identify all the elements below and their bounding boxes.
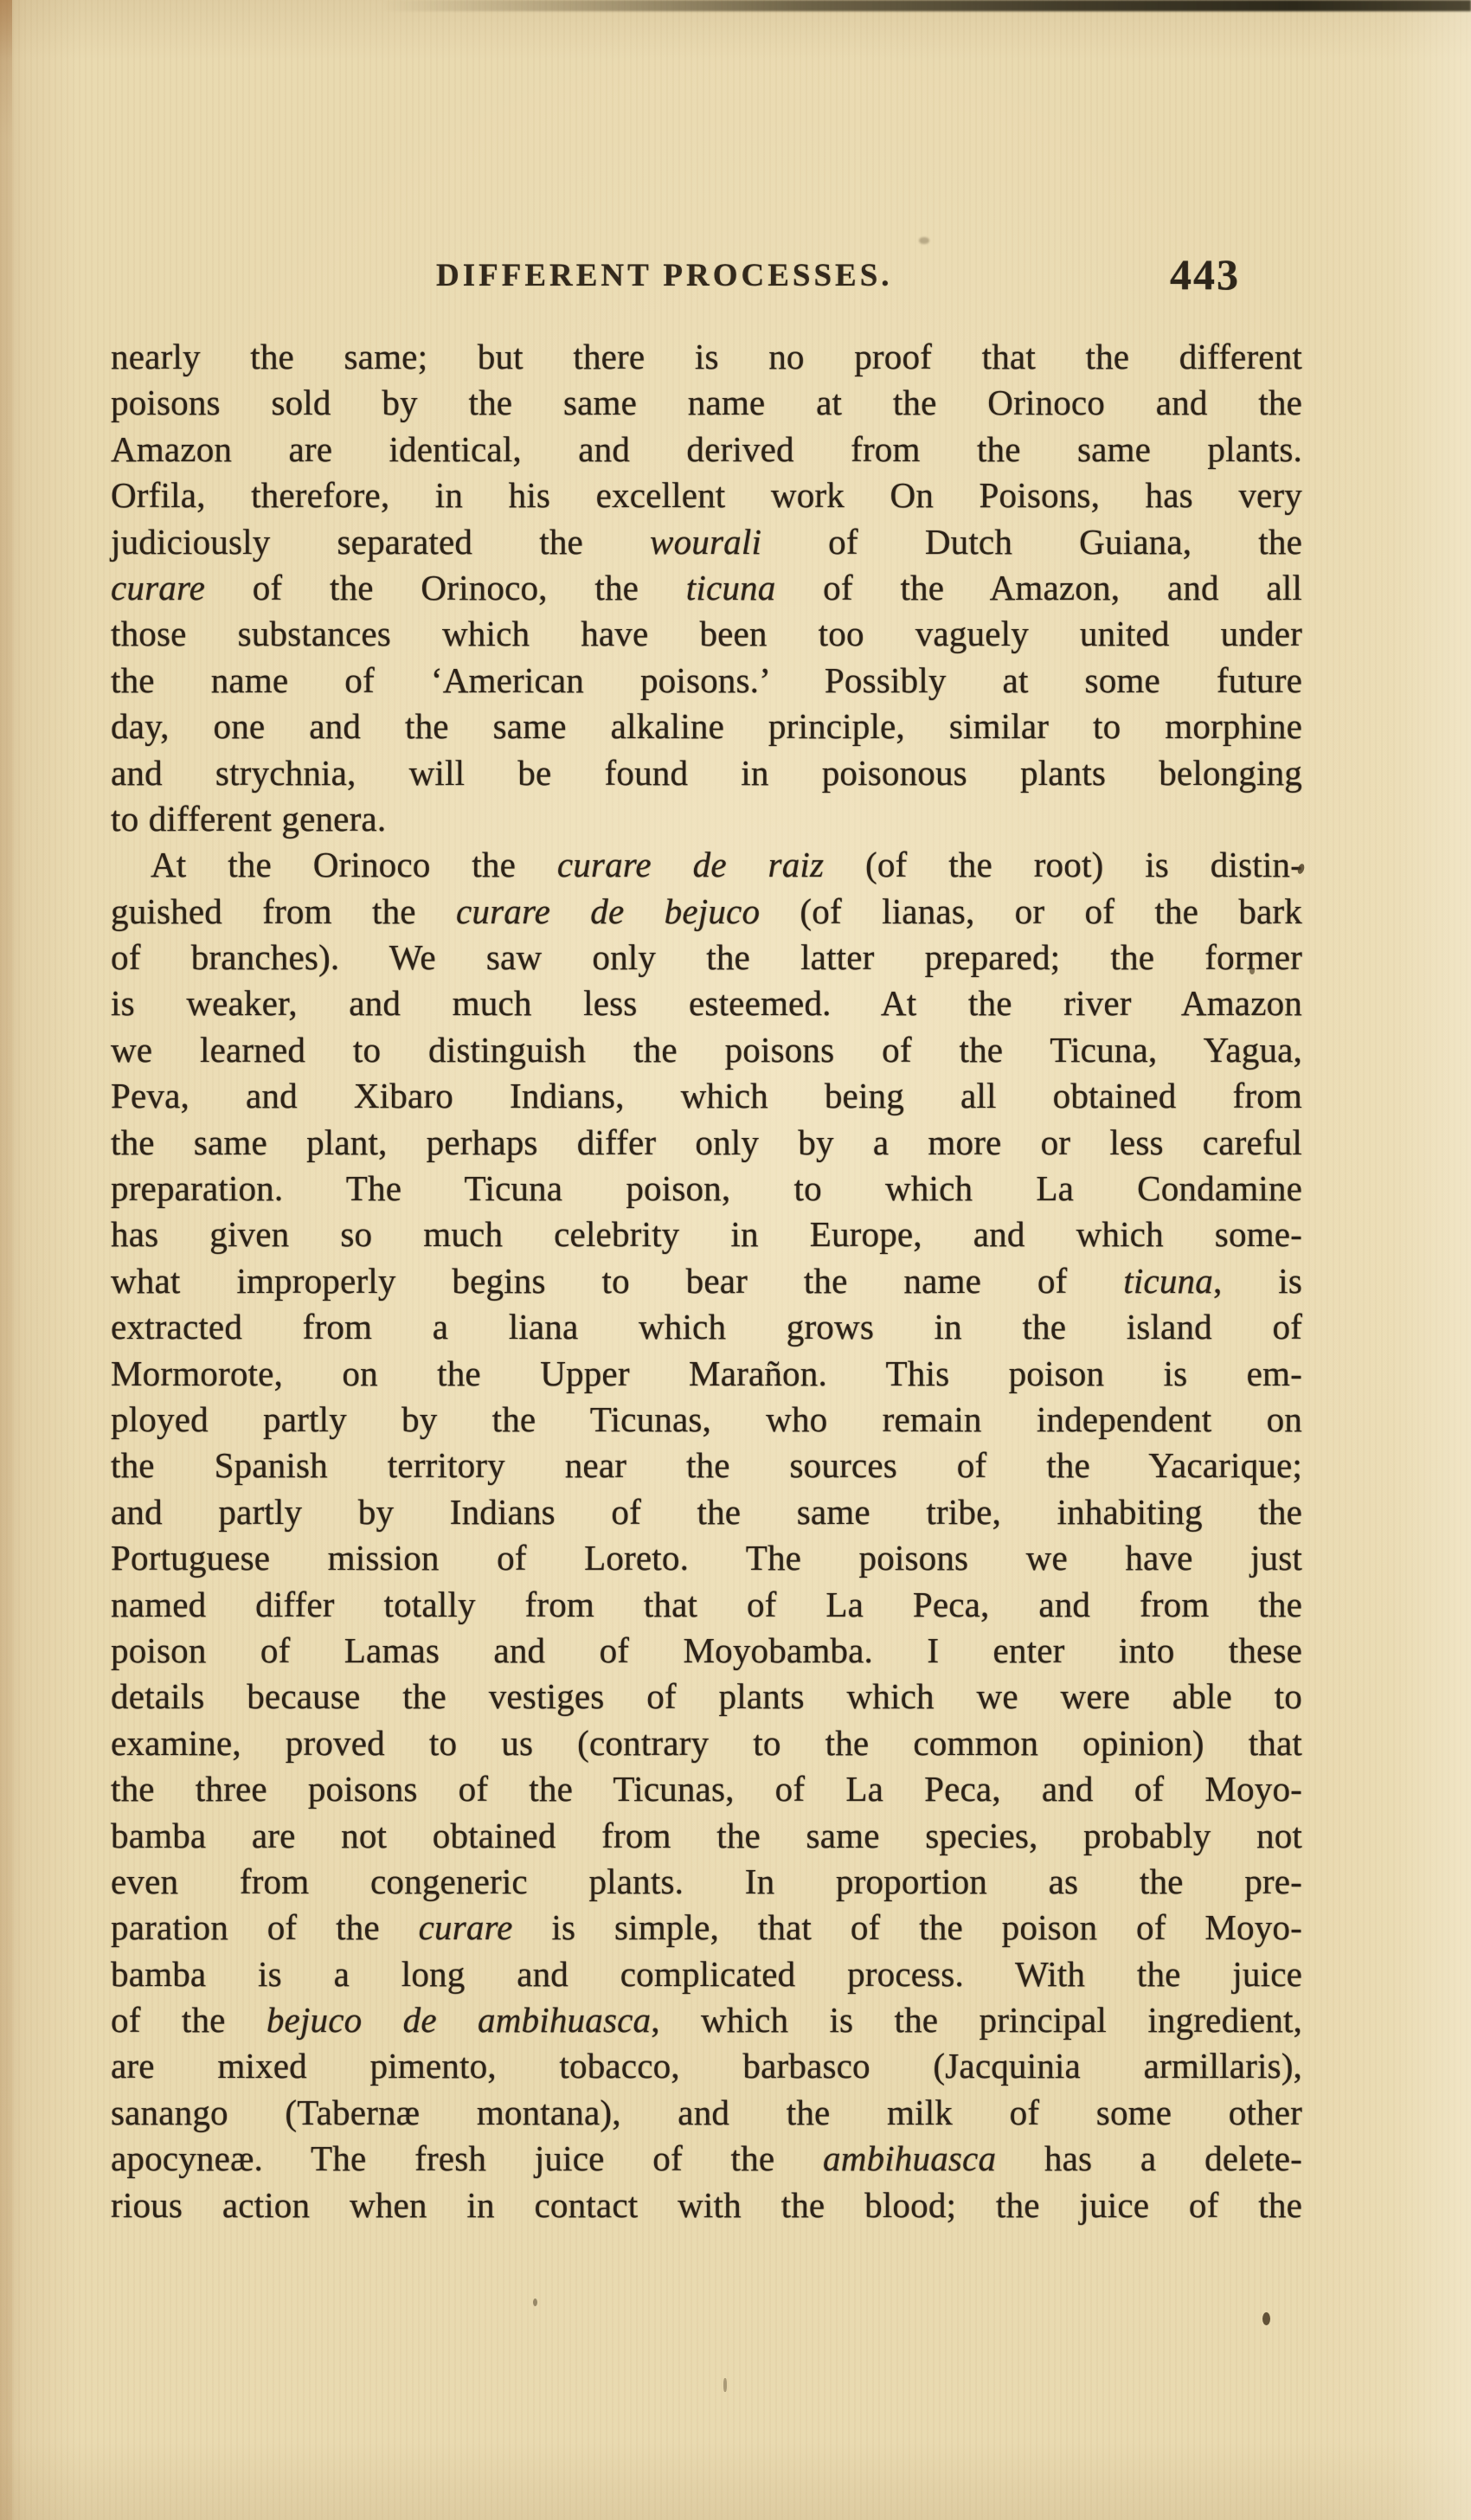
text-line: bamba is a long and complicated process.… xyxy=(111,1951,1302,1997)
italic-text: ambihuasca xyxy=(823,2138,996,2178)
text-segment: ployed partly by the Ticunas, who remain… xyxy=(111,1399,1302,1439)
text-line: Amazon are identical, and derived from t… xyxy=(111,427,1302,472)
text-segment: has a delete- xyxy=(996,2138,1302,2178)
text-line: the name of ‘American poisons.’ Possibly… xyxy=(111,658,1302,704)
text-segment: , is xyxy=(1213,1261,1302,1301)
text-segment: apocyneæ. The fresh juice of the xyxy=(111,2138,823,2178)
text-segment: nearly the same; but there is no proof t… xyxy=(111,337,1302,376)
text-segment: what improperly begins to bear the name … xyxy=(111,1261,1123,1301)
italic-text: curare xyxy=(111,568,205,607)
text-line: curare of the Orinoco, the ticuna of the… xyxy=(111,565,1302,611)
text-line: Orfila, therefore, in his excellent work… xyxy=(111,472,1302,518)
text-line: Portuguese mission of Loreto. The poison… xyxy=(111,1535,1302,1581)
ink-speck xyxy=(533,2298,537,2306)
text-line: ployed partly by the Ticunas, who remain… xyxy=(111,1397,1302,1443)
italic-text: curare de bejuco xyxy=(456,891,760,931)
text-segment: those substances which have been too vag… xyxy=(111,614,1302,653)
text-line: has given so much celebrity in Europe, a… xyxy=(111,1212,1302,1257)
paragraph: At the Orinoco the curare de raiz (of th… xyxy=(111,842,1302,2228)
book-page: { "colors": { "paper": "#e9d9af", "ink":… xyxy=(0,0,1471,2520)
text-line: preparation. The Ticuna poison, to which… xyxy=(111,1166,1302,1212)
paragraph: nearly the same; but there is no proof t… xyxy=(111,334,1302,842)
text-line: and strychnia, will be found in poisonou… xyxy=(111,750,1302,796)
text-line: guished from the curare de bejuco (of li… xyxy=(111,889,1302,935)
text-segment: extracted from a liana which grows in th… xyxy=(111,1307,1302,1347)
text-segment: is weaker, and much less esteemed. At th… xyxy=(111,983,1302,1023)
running-header-title: DIFFERENT PROCESSES. xyxy=(436,257,893,294)
text-line: At the Orinoco the curare de raiz (of th… xyxy=(111,842,1302,888)
text-line: of branches). We saw only the latter pre… xyxy=(111,935,1302,980)
text-line: poisons sold by the same name at the Ori… xyxy=(111,380,1302,426)
text-segment: the same plant, perhaps differ only by a… xyxy=(111,1122,1302,1162)
text-segment: Mormorote, on the Upper Marañon. This po… xyxy=(111,1353,1302,1393)
ink-speck xyxy=(1262,2312,1270,2325)
text-segment: Peva, and Xibaro Indians, which being al… xyxy=(111,1076,1302,1115)
text-segment: of the xyxy=(111,2000,267,2040)
text-line: what improperly begins to bear the name … xyxy=(111,1258,1302,1304)
ink-speck xyxy=(1249,967,1255,974)
text-line: extracted from a liana which grows in th… xyxy=(111,1304,1302,1350)
text-segment: sanango (Tabernæ montana), and the milk … xyxy=(111,2092,1302,2132)
text-line: and partly by Indians of the same tribe,… xyxy=(111,1489,1302,1535)
italic-text: ticuna xyxy=(1123,1261,1213,1301)
text-line: even from congeneric plants. In proporti… xyxy=(111,1859,1302,1905)
text-segment: preparation. The Ticuna poison, to which… xyxy=(111,1168,1302,1208)
text-segment: the Spanish territory near the sources o… xyxy=(111,1445,1302,1485)
text-line: examine, proved to us (contrary to the c… xyxy=(111,1720,1302,1766)
text-segment: rious action when in contact with the bl… xyxy=(111,2185,1302,2225)
text-line: those substances which have been too vag… xyxy=(111,611,1302,657)
text-segment: Portuguese mission of Loreto. The poison… xyxy=(111,1538,1302,1578)
text-segment: details because the vestiges of plants w… xyxy=(111,1676,1302,1716)
text-line: the three poisons of the Ticunas, of La … xyxy=(111,1766,1302,1812)
text-segment: examine, proved to us (contrary to the c… xyxy=(111,1723,1302,1763)
italic-text: bejuco de ambihuasca xyxy=(267,2000,651,2040)
text-segment: judiciously separated the xyxy=(111,522,650,562)
text-segment: poison of Lamas and of Moyobamba. I ente… xyxy=(111,1630,1302,1670)
text-segment: (of lianas, or of the bark xyxy=(760,891,1302,931)
text-segment: the name of ‘American poisons.’ Possibly… xyxy=(111,660,1302,700)
text-line: bamba are not obtained from the same spe… xyxy=(111,1813,1302,1859)
italic-text: curare de raiz xyxy=(557,845,824,884)
text-segment: of the Amazon, and all xyxy=(775,568,1302,607)
text-segment: guished from the xyxy=(111,891,456,931)
text-segment: of the Orinoco, the xyxy=(205,568,686,607)
text-segment: paration of the xyxy=(111,1907,419,1947)
ink-speck xyxy=(723,2378,727,2392)
text-line: poison of Lamas and of Moyobamba. I ente… xyxy=(111,1628,1302,1674)
text-line: of the bejuco de ambihuasca, which is th… xyxy=(111,1997,1302,2043)
page-number: 443 xyxy=(1170,249,1240,299)
text-line: the Spanish territory near the sources o… xyxy=(111,1443,1302,1488)
text-segment: Orfila, therefore, in his excellent work… xyxy=(111,475,1302,515)
text-segment: we learned to distinguish the poisons of… xyxy=(111,1030,1302,1070)
text-line: judiciously separated the wourali of Dut… xyxy=(111,519,1302,565)
text-segment: day, one and the same alkaline principle… xyxy=(111,706,1302,746)
text-segment: the three poisons of the Ticunas, of La … xyxy=(111,1769,1302,1809)
italic-text: curare xyxy=(419,1907,513,1947)
text-segment: (of the root) is distin- xyxy=(824,845,1302,884)
text-segment: bamba are not obtained from the same spe… xyxy=(111,1816,1302,1855)
text-segment: poisons sold by the same name at the Ori… xyxy=(111,382,1302,422)
page-left-edge-shadow xyxy=(0,0,12,2520)
text-line: rious action when in contact with the bl… xyxy=(111,2182,1302,2228)
italic-text: ticuna xyxy=(686,568,776,607)
text-segment: is simple, that of the poison of Moyo- xyxy=(513,1907,1302,1947)
text-segment: even from congeneric plants. In proporti… xyxy=(111,1861,1302,1901)
text-segment: of Dutch Guiana, the xyxy=(761,522,1302,562)
text-line: Mormorote, on the Upper Marañon. This po… xyxy=(111,1351,1302,1397)
text-line: the same plant, perhaps differ only by a… xyxy=(111,1120,1302,1166)
text-line: nearly the same; but there is no proof t… xyxy=(111,334,1302,380)
text-line: details because the vestiges of plants w… xyxy=(111,1674,1302,1720)
text-line: sanango (Tabernæ montana), and the milk … xyxy=(111,2090,1302,2136)
text-segment: and strychnia, will be found in poisonou… xyxy=(111,753,1302,793)
ink-speck xyxy=(919,237,929,244)
text-segment: named differ totally from that of La Pec… xyxy=(111,1585,1302,1624)
italic-text: wourali xyxy=(650,522,761,562)
text-line: paration of the curare is simple, that o… xyxy=(111,1905,1302,1951)
text-segment: and partly by Indians of the same tribe,… xyxy=(111,1492,1302,1532)
text-line: we learned to distinguish the poisons of… xyxy=(111,1027,1302,1073)
text-block: nearly the same; but there is no proof t… xyxy=(111,334,1302,2228)
page-top-edge-shadow xyxy=(0,0,1471,11)
text-segment: bamba is a long and complicated process.… xyxy=(111,1954,1302,1994)
text-segment: , which is the principal ingredient, xyxy=(651,2000,1302,2040)
text-line: Peva, and Xibaro Indians, which being al… xyxy=(111,1073,1302,1119)
text-line: are mixed pimento, tobacco, barbasco (Ja… xyxy=(111,2043,1302,2089)
text-segment: At the Orinoco the xyxy=(151,845,557,884)
text-segment: to different genera. xyxy=(111,799,386,839)
text-line: is weaker, and much less esteemed. At th… xyxy=(111,980,1302,1026)
text-line: apocyneæ. The fresh juice of the ambihua… xyxy=(111,2136,1302,2182)
text-line: to different genera. xyxy=(111,796,1302,842)
text-segment: Amazon are identical, and derived from t… xyxy=(111,429,1302,469)
text-segment: of branches). We saw only the latter pre… xyxy=(111,937,1302,977)
text-segment: are mixed pimento, tobacco, barbasco (Ja… xyxy=(111,2046,1302,2086)
text-segment: has given so much celebrity in Europe, a… xyxy=(111,1214,1302,1254)
text-line: day, one and the same alkaline principle… xyxy=(111,704,1302,749)
text-line: named differ totally from that of La Pec… xyxy=(111,1582,1302,1628)
